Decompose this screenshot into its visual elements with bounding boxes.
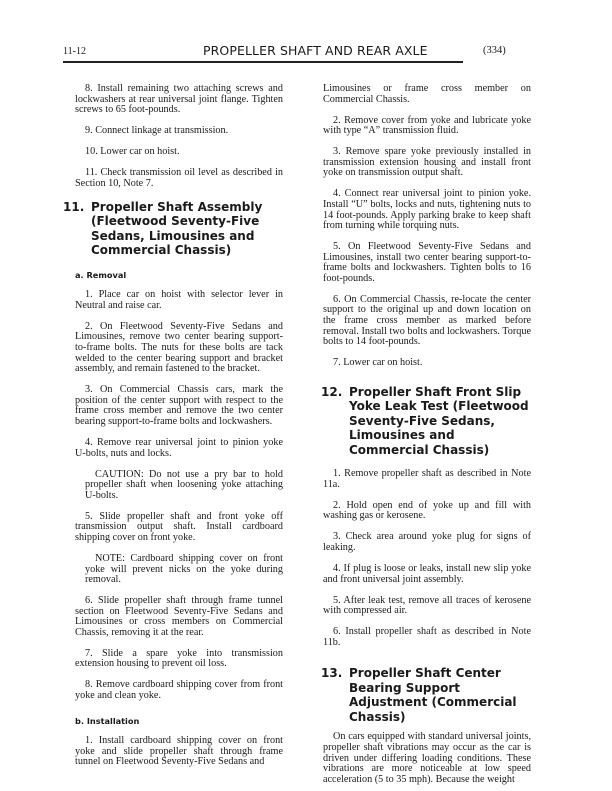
step-paragraph: 2. Hold open end of yoke up and fill wit… xyxy=(323,501,531,522)
step-paragraph: 8. Install remaining two attaching screw… xyxy=(75,84,283,116)
section-number: 13. xyxy=(321,666,349,724)
page-code: (334) xyxy=(483,45,506,56)
step-paragraph: 10. Lower car on hoist. xyxy=(75,147,283,158)
header-rule xyxy=(63,61,463,63)
step-paragraph: 7. Slide a spare yoke into transmission … xyxy=(75,649,283,670)
page-header: 11-12 PROPELLER SHAFT AND REAR AXLE (334… xyxy=(63,42,463,62)
section-number: 11. xyxy=(63,200,91,258)
step-paragraph: 2. On Fleetwood Seventy-Five Sedans and … xyxy=(75,322,283,375)
step-paragraph: 8. Remove cardboard shipping cover from … xyxy=(75,680,283,701)
section-title: Propeller Shaft Center Bearing Support A… xyxy=(349,666,531,724)
step-paragraph: 5. On Fleetwood Seventy-Five Sedans and … xyxy=(323,242,531,284)
step-paragraph: 1. Install cardboard shipping cover on f… xyxy=(75,736,283,768)
subheading-removal: a. Removal xyxy=(75,270,283,281)
step-paragraph: 2. Remove cover from yoke and lubricate … xyxy=(323,116,531,137)
section-title: Propeller Shaft Assembly (Fleetwood Seve… xyxy=(91,200,283,258)
body-paragraph: On cars equipped with standard universal… xyxy=(323,732,531,785)
step-paragraph: 6. On Commercial Chassis, re-locate the … xyxy=(323,295,531,348)
page-number: 11-12 xyxy=(63,46,86,57)
step-paragraph: 6. Install propeller shaft as described … xyxy=(323,627,531,648)
document-page: 11-12 PROPELLER SHAFT AND REAR AXLE (334… xyxy=(0,0,612,791)
caution-note: CAUTION: Do not use a pry bar to hold pr… xyxy=(85,470,283,502)
step-paragraph: 11. Check transmission oil level as desc… xyxy=(75,168,283,189)
info-note: NOTE: Cardboard shipping cover on front … xyxy=(85,554,283,586)
step-paragraph: 1. Remove propeller shaft as described i… xyxy=(323,469,531,490)
step-paragraph: 3. Remove spare yoke previously installe… xyxy=(323,147,531,179)
step-paragraph: 6. Slide propeller shaft through frame t… xyxy=(75,596,283,638)
left-column: 8. Install remaining two attaching screw… xyxy=(75,84,283,778)
step-paragraph: Limousines or frame cross member on Comm… xyxy=(323,84,531,105)
step-paragraph: 5. After leak test, remove all traces of… xyxy=(323,596,531,617)
subheading-installation: b. Installation xyxy=(75,716,283,727)
page-title: PROPELLER SHAFT AND REAR AXLE xyxy=(203,43,463,58)
section-number: 12. xyxy=(321,385,349,458)
step-paragraph: 4. If plug is loose or leaks, install ne… xyxy=(323,564,531,585)
step-paragraph: 1. Place car on hoist with selector leve… xyxy=(75,290,283,311)
step-paragraph: 5. Slide propeller shaft and front yoke … xyxy=(75,512,283,544)
section-title: Propeller Shaft Front Slip Yoke Leak Tes… xyxy=(349,385,531,458)
section-heading-12: 12. Propeller Shaft Front Slip Yoke Leak… xyxy=(321,385,531,458)
section-heading-13: 13. Propeller Shaft Center Bearing Suppo… xyxy=(321,666,531,724)
step-paragraph: 4. Remove rear universal joint to pinion… xyxy=(75,438,283,459)
right-column: Limousines or frame cross member on Comm… xyxy=(323,84,531,791)
step-paragraph: 3. Check area around yoke plug for signs… xyxy=(323,532,531,553)
step-paragraph: 3. On Commercial Chassis cars, mark the … xyxy=(75,385,283,427)
step-paragraph: 4. Connect rear universal joint to pinio… xyxy=(323,189,531,231)
section-heading-11: 11. Propeller Shaft Assembly (Fleetwood … xyxy=(63,200,283,258)
step-paragraph: 9. Connect linkage at transmission. xyxy=(75,126,283,137)
step-paragraph: 7. Lower car on hoist. xyxy=(323,358,531,369)
